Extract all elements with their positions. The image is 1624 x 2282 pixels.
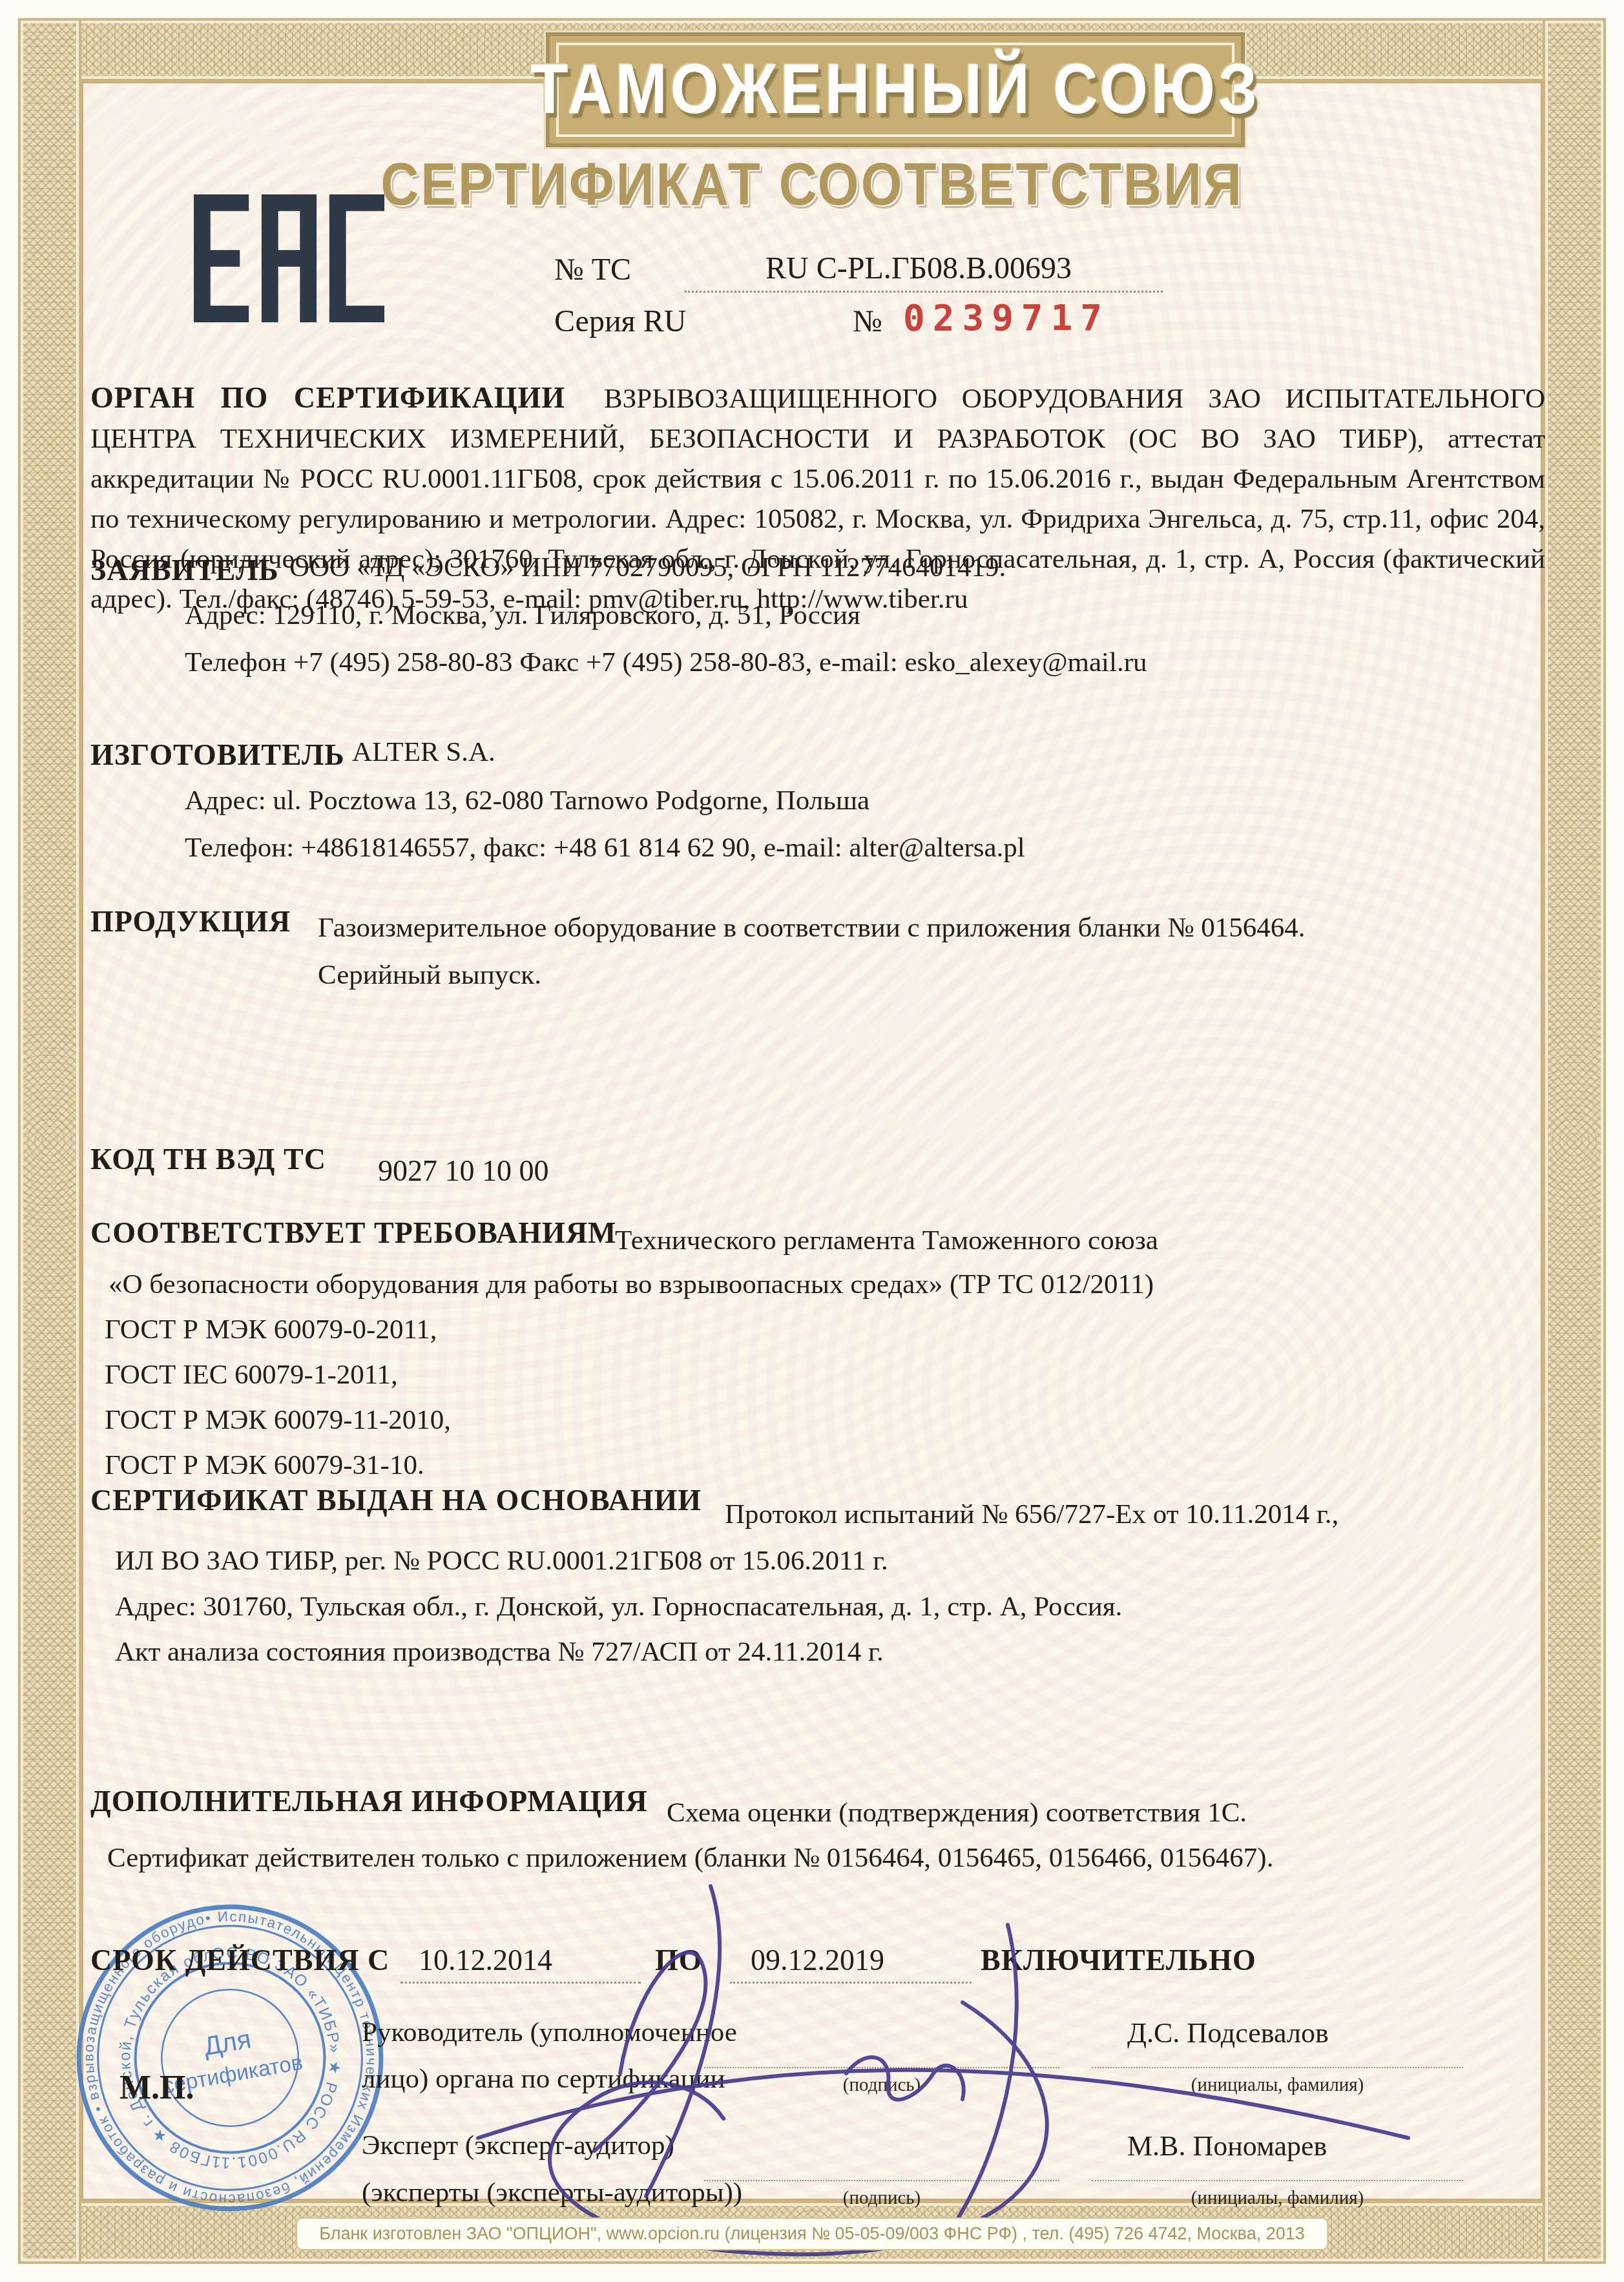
expert-sign-caption: (подпись) <box>704 2188 1059 2209</box>
series-number: 0239717 <box>903 296 1110 341</box>
applicant-line2: Адрес: 129110, г. Москва, ул. Гиляровско… <box>185 598 860 633</box>
basis-line-0: ИЛ ВО ЗАО ТИБР, рег. № РОСС RU.0001.21ГБ… <box>115 1544 888 1579</box>
compliance-line-2: ГОСТ IEC 60079-1-2011, <box>105 1358 398 1393</box>
cert-number-value: RU C-PL.ГБ08.В.00693 <box>765 249 1072 288</box>
certification-stamp-icon: • Испытательный Центр технических Измере… <box>47 1875 412 2240</box>
border-right <box>1543 18 1606 2264</box>
applicant-line3: Телефон +7 (495) 258-80-83 Факс +7 (495)… <box>185 645 1147 680</box>
series-label: Серия RU <box>554 302 686 341</box>
validity-to-underline <box>730 1982 972 1984</box>
basis-label: СЕРТИФИКАТ ВЫДАН НА ОСНОВАНИИ <box>90 1482 702 1519</box>
stamp-center-line1: Для <box>202 2024 253 2061</box>
expert-name: М.В. Пономарев <box>1127 2128 1327 2164</box>
head-name-caption: (инициалы, фамилия) <box>1092 2075 1463 2096</box>
validity-from-underline <box>401 1982 641 1984</box>
tnved-value: 9027 10 10 00 <box>378 1152 549 1190</box>
manufacturer-line3: Телефон: +48618146557, факс: +48 61 814 … <box>185 831 1025 866</box>
validity-po-label: ПО <box>655 1942 703 1979</box>
doc-title-row: СЕРТИФИКАТ СООТВЕТСТВИЯ <box>0 155 1624 216</box>
manufacturer-label: ИЗГОТОВИТЕЛЬ <box>90 736 345 774</box>
tnved-label: КОД ТН ВЭД ТС <box>90 1141 326 1178</box>
production-line1: Газоизмерительное оборудование в соответ… <box>318 911 1306 946</box>
basis-intro: Протокол испытаний № 656/727-Ex от 10.11… <box>725 1497 1338 1532</box>
customs-union-banner-title: ТАМОЖЕННЫЙ СОЮЗ <box>530 49 1260 130</box>
manufacturer-line1: ALTER S.A. <box>352 735 495 770</box>
customs-union-banner: ТАМОЖЕННЫЙ СОЮЗ <box>546 32 1245 147</box>
expert-sign-line <box>704 2180 1059 2181</box>
production-label: ПРОДУКЦИЯ <box>90 903 291 940</box>
compliance-line-3: ГОСТ Р МЭК 60079-11-2010, <box>105 1403 451 1438</box>
expert-role-line2: (эксперты (эксперты-аудиторы)) <box>362 2175 742 2210</box>
expert-role-line1: Эксперт (эксперт-аудитор) <box>362 2128 674 2163</box>
expert-name-line <box>1092 2180 1463 2181</box>
production-line2: Серийный выпуск. <box>318 958 541 993</box>
certificate-page: ТАМОЖЕННЫЙ СОЮЗ EAC СЕРТИФИКАТ СООТВЕТСТ… <box>0 0 1624 2282</box>
cert-number-label: № ТС <box>554 251 631 289</box>
validity-date-from: 10.12.2014 <box>419 1942 552 1979</box>
head-role-line1: Руководитель (уполномоченное <box>362 2015 737 2050</box>
compliance-line-0: «О безопасности оборудования для работы … <box>109 1267 1154 1302</box>
head-sign-line <box>704 2067 1059 2068</box>
compliance-intro: Технического регламента Таможенного союз… <box>615 1223 1158 1258</box>
head-sign-caption: (подпись) <box>704 2075 1059 2096</box>
doc-title: СЕРТИФИКАТ СООТВЕТСТВИЯ <box>380 151 1244 219</box>
basis-line-1: Адрес: 301760, Тульская обл., г. Донской… <box>115 1590 1122 1624</box>
manufacturer-line2: Адрес: ul. Pocztowa 13, 62-080 Tarnowo P… <box>185 783 869 818</box>
validity-label: СРОК ДЕЙСТВИЯ С <box>90 1942 390 1979</box>
basis-line-2: Акт анализа состояния производства № 727… <box>115 1635 884 1670</box>
compliance-line-4: ГОСТ Р МЭК 60079-31-10. <box>105 1448 424 1483</box>
validity-inclusive-label: ВКЛЮЧИТЕЛЬНО <box>981 1942 1256 1979</box>
expert-name-caption: (инициалы, фамилия) <box>1092 2188 1463 2209</box>
additional-line2: Сертификат действителен только с приложе… <box>107 1841 1273 1876</box>
series-no-sign: № <box>853 302 882 341</box>
head-name: Д.С. Подсевалов <box>1127 2015 1329 2051</box>
applicant-line1: ООО «ТД «ЭСКО» ИНН 7702790095, ОГРН 1127… <box>289 550 1006 585</box>
compliance-line-1: ГОСТ Р МЭК 60079-0-2011, <box>105 1312 437 1347</box>
additional-label: ДОПОЛНИТЕЛЬНАЯ ИНФОРМАЦИЯ <box>90 1783 648 1820</box>
applicant-label: ЗАЯВИТЕЛЬ <box>90 552 279 589</box>
additional-intro: Схема оценки (подтверждения) соответстви… <box>667 1796 1247 1831</box>
footer-note: Бланк изготовлен ЗАО "ОПЦИОН", www.opcio… <box>296 2217 1328 2250</box>
cert-number-underline <box>685 291 1163 293</box>
compliance-label: СООТВЕТСТВУЕТ ТРЕБОВАНИЯМ <box>90 1214 617 1252</box>
head-name-line <box>1092 2067 1463 2068</box>
validity-date-to: 09.12.2019 <box>751 1942 884 1979</box>
org-label: ОРГАН ПО СЕРТИФИКАЦИИ <box>90 381 565 414</box>
head-role-line2: лицо) органа по сертификации <box>362 2062 725 2097</box>
mp-mark: М.П. <box>120 2067 194 2109</box>
